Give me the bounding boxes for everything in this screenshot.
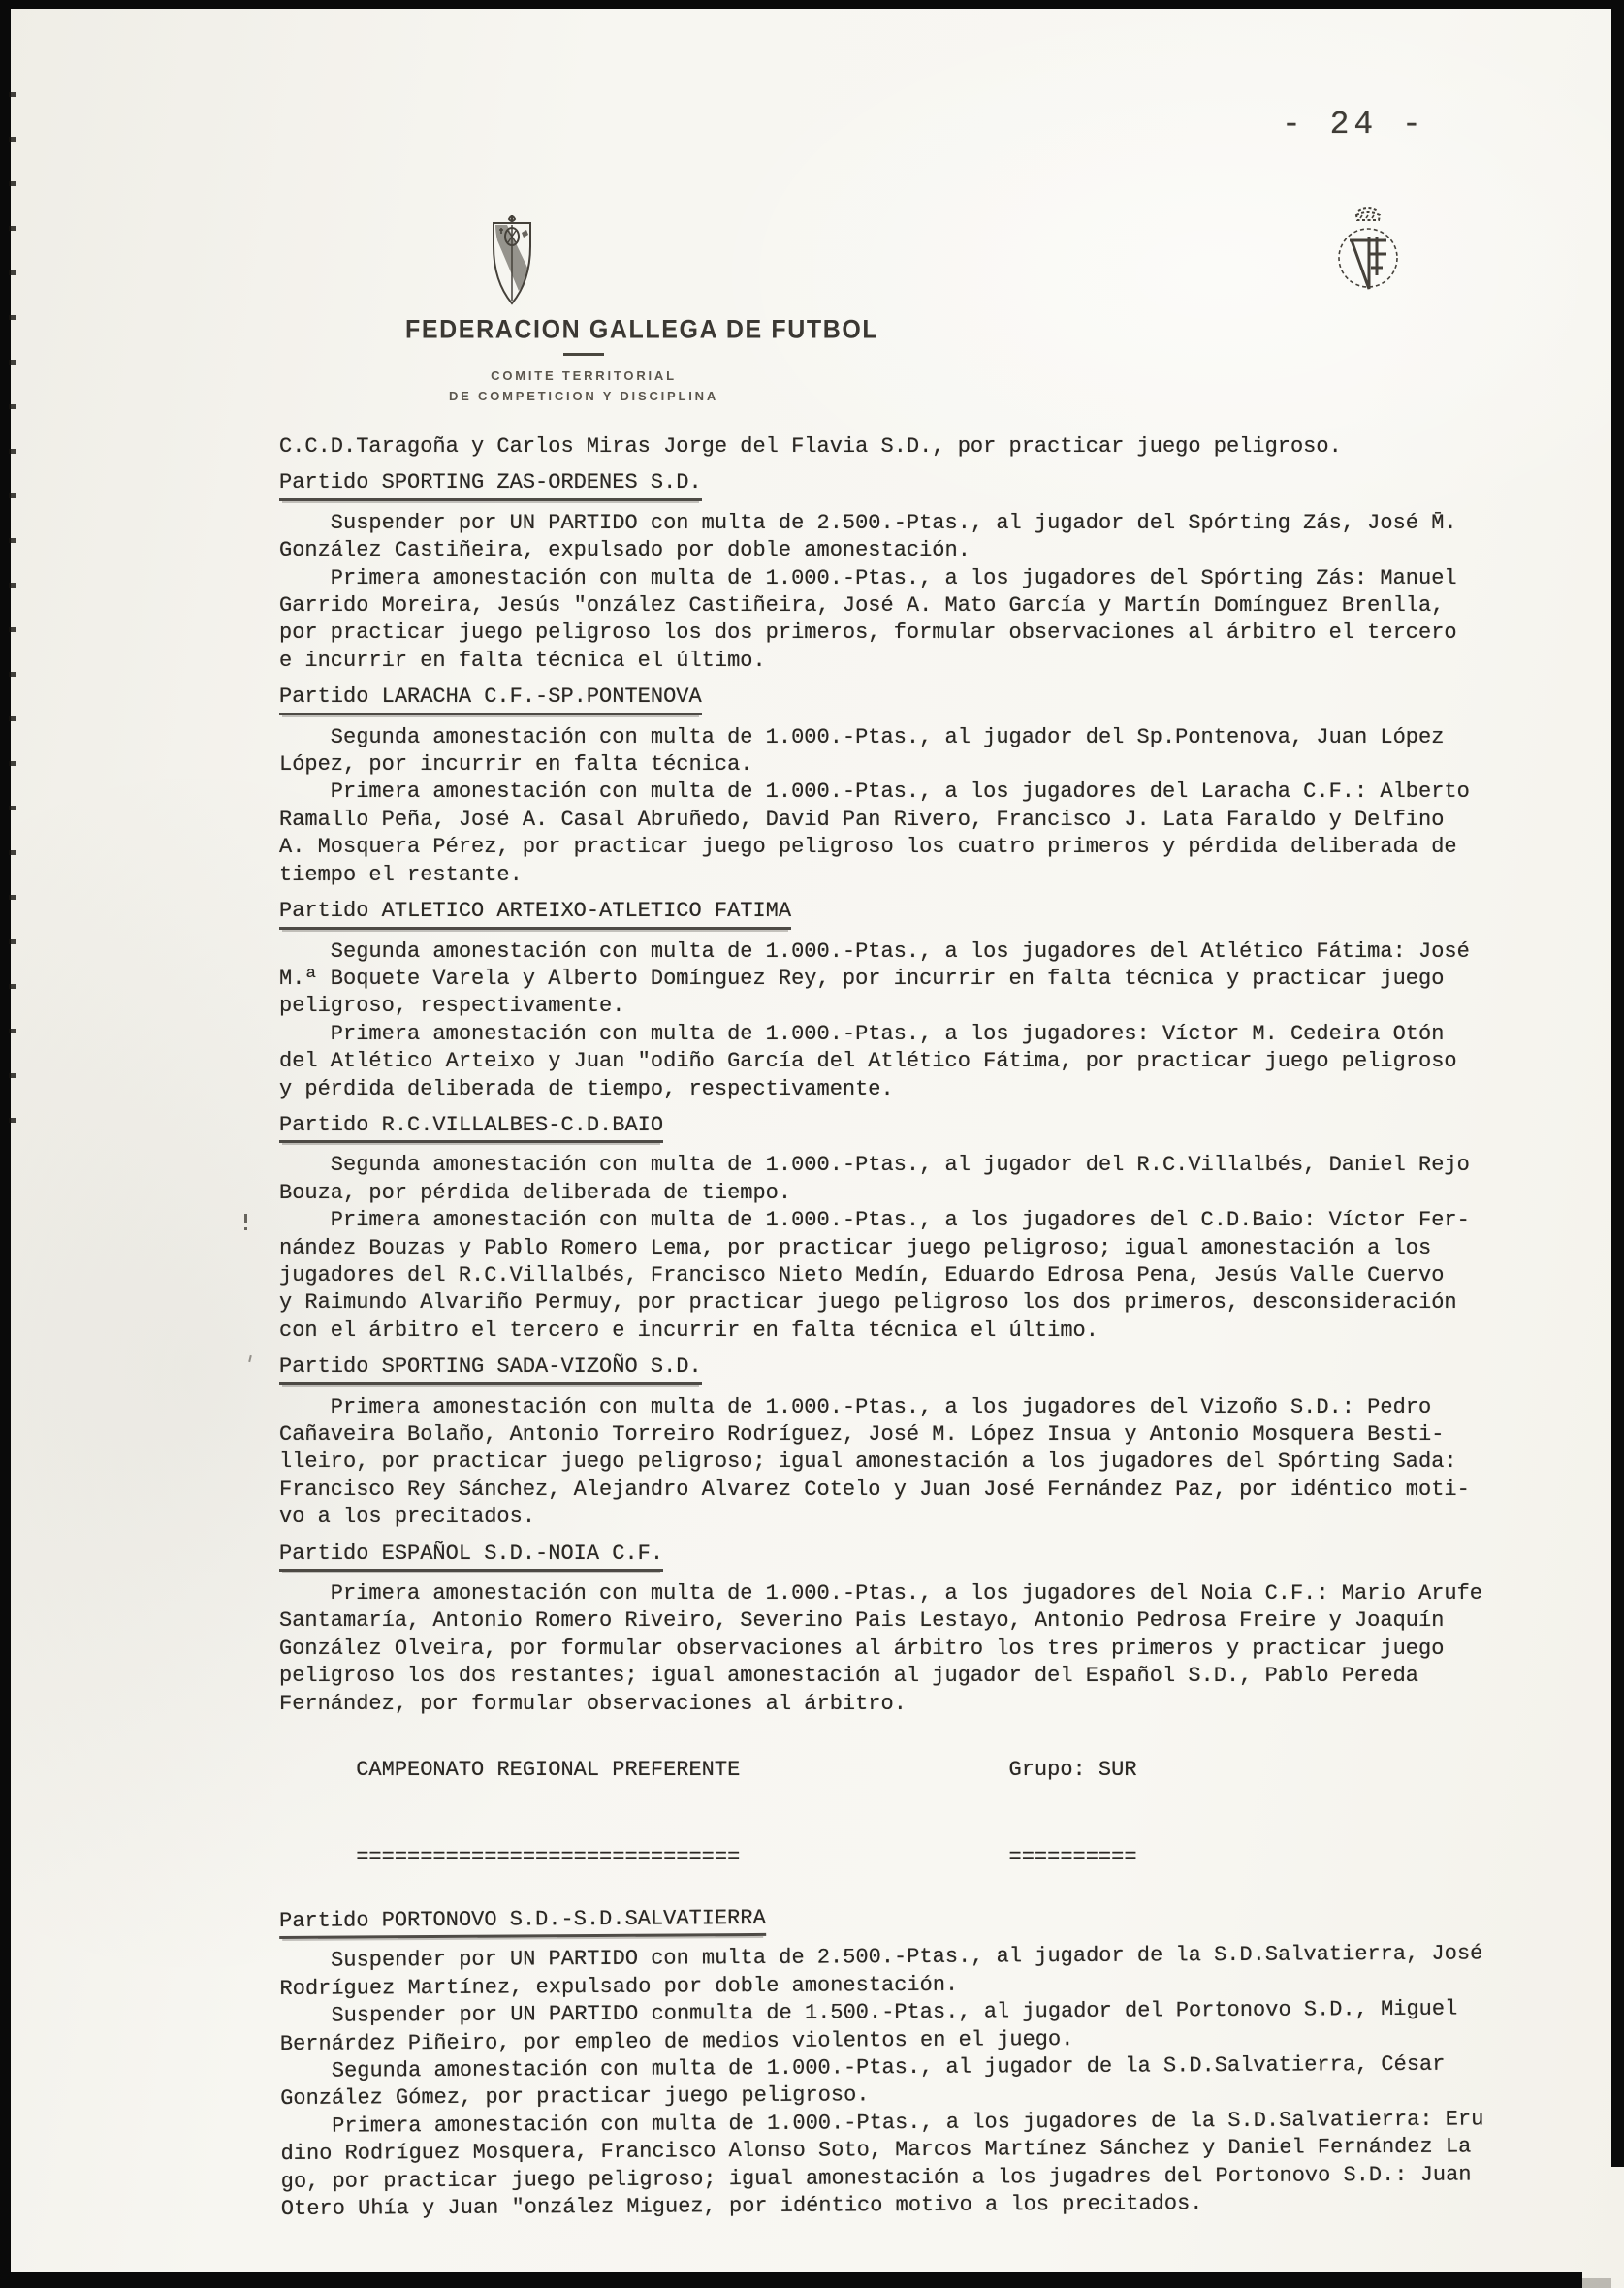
section-sporting-zas: Partido SPORTING ZAS-ORDENES S.D. Suspen… — [279, 469, 1530, 675]
organization-header: FEDERACION GALLEGA DE FUTBOL COMITE TERR… — [405, 316, 762, 406]
sanction-paragraph: Primera amonestación con multa de 1.000.… — [279, 565, 1530, 676]
match-heading: Partido LARACHA C.F.-SP.PONTENOVA — [279, 683, 1530, 715]
sanction-paragraph: Segunda amonestación con multa de 1.000.… — [280, 2050, 1531, 2113]
committee-line-1: COMITE TERRITORIAL — [405, 365, 762, 386]
sanction-paragraph: Primera amonestación con multa de 1.000.… — [279, 779, 1530, 889]
scan-edge-bottom — [0, 2272, 1582, 2288]
sanction-paragraph: Primera amonestación con multa de 1.000.… — [280, 2105, 1532, 2223]
section-laracha: Partido LARACHA C.F.-SP.PONTENOVA Segund… — [279, 683, 1530, 889]
binding-perforation-marks — [9, 92, 16, 1134]
scanned-document-page: - 24 - FEDERACION GALLEGA DE FUTBOL COMI… — [0, 0, 1624, 2288]
championship-group: Grupo: SUR — [1009, 1758, 1137, 1782]
sanction-paragraph: Primera amonestación con multa de 1.000.… — [279, 1207, 1530, 1345]
scan-edge-right — [1611, 0, 1624, 2167]
intro-continuation-line: C.C.D.Taragoña y Carlos Miras Jorge del … — [279, 433, 1530, 461]
scan-edge-top — [0, 0, 1624, 9]
committee-line-2: DE COMPETICION Y DISCIPLINA — [405, 386, 762, 406]
sanction-paragraph: Primera amonestación con multa de 1.000.… — [279, 1021, 1530, 1103]
championship-header: CAMPEONATO REGIONAL PREFERENTEGrupo: SUR — [279, 1730, 1530, 1812]
match-heading: Partido SPORTING ZAS-ORDENES S.D. — [279, 469, 1530, 500]
match-heading: Partido ESPAÑOL S.D.-NOIA C.F. — [279, 1541, 1530, 1572]
federation-crown-monogram-icon — [1330, 207, 1406, 300]
match-heading: Partido PORTONOVO S.D.-S.D.SALVATIERRA — [279, 1900, 1530, 1939]
match-heading: Partido R.C.VILLALBES-C.D.BAIO — [279, 1112, 1530, 1143]
sanction-paragraph: Primera amonestación con multa de 1.000.… — [279, 1580, 1530, 1718]
section-sada-vizono: Partido SPORTING SADA-VIZOÑO S.D. Primer… — [279, 1353, 1530, 1531]
galician-federation-crest-icon — [488, 213, 536, 311]
match-heading: Partido ATLETICO ARTEIXO-ATLETICO FATIMA — [279, 898, 1530, 929]
sanction-paragraph: Suspender por UN PARTIDO con multa de 2.… — [279, 1940, 1530, 2003]
sanction-paragraph: Primera amonestación con multa de 1.000.… — [279, 1394, 1530, 1532]
section-portonovo-salvatierra: Partido PORTONOVO S.D.-S.D.SALVATIERRA S… — [279, 1900, 1532, 2223]
header-divider — [563, 353, 604, 356]
scan-edge-bottom-fade — [1582, 2278, 1611, 2288]
scan-artifact-mark — [248, 1355, 252, 1362]
sanction-paragraph: Suspender por UN PARTIDO conmulta de 1.5… — [280, 1995, 1531, 2058]
section-villalbes-baio: Partido R.C.VILLALBES-C.D.BAIO Segunda a… — [279, 1112, 1530, 1345]
match-heading: Partido SPORTING SADA-VIZOÑO S.D. — [279, 1353, 1530, 1384]
championship-title: CAMPEONATO REGIONAL PREFERENTE — [356, 1757, 1008, 1784]
typed-body: C.C.D.Taragoña y Carlos Miras Jorge del … — [279, 433, 1530, 2223]
scan-artifact-mark — [244, 1214, 247, 1223]
championship-title-rule: ============================== — [356, 1844, 1008, 1871]
championship-rules: ======================================== — [279, 1816, 1530, 1898]
sanction-paragraph: Segunda amonestación con multa de 1.000.… — [279, 1152, 1530, 1207]
section-espanol-noia: Partido ESPAÑOL S.D.-NOIA C.F. Primera a… — [279, 1541, 1530, 1718]
page-number: - 24 - — [1282, 107, 1426, 143]
sanction-paragraph: Suspender por UN PARTIDO con multa de 2.… — [279, 510, 1530, 565]
championship-group-rule: ========== — [1009, 1845, 1137, 1869]
organization-name: FEDERACION GALLEGA DE FUTBOL — [405, 315, 762, 345]
scan-artifact-mark — [244, 1227, 247, 1230]
sanction-paragraph: Segunda amonestación con multa de 1.000.… — [279, 724, 1530, 779]
sanction-paragraph: Segunda amonestación con multa de 1.000.… — [279, 938, 1530, 1021]
section-arteixo-fatima: Partido ATLETICO ARTEIXO-ATLETICO FATIMA… — [279, 898, 1530, 1103]
